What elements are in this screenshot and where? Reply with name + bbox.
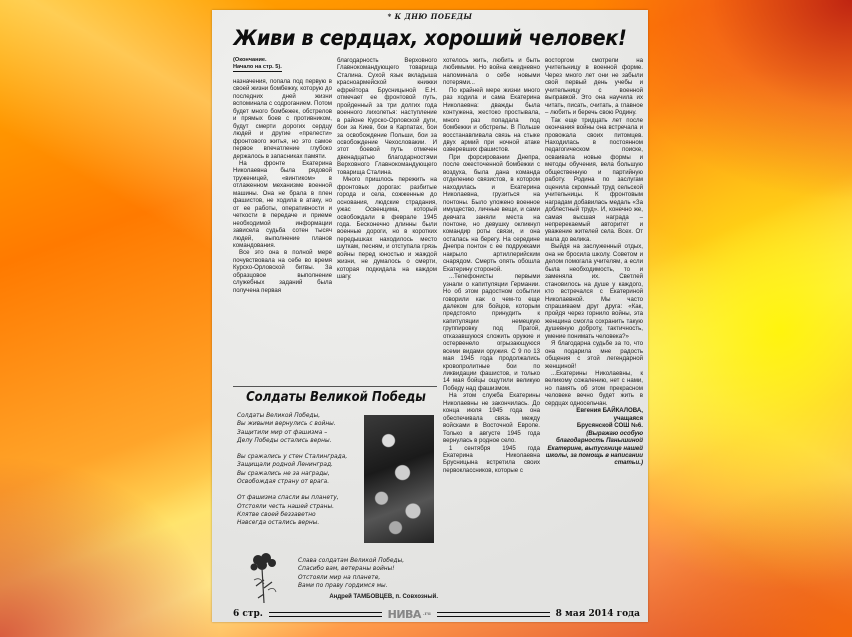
poem-author: Андрей ТАМБОВЦЕВ, п. Совхозный. — [272, 594, 438, 600]
poem-stanza: Вы сражались у стен Сталинграда, Защищал… — [237, 453, 365, 486]
article-column-1: (Окончание. Начало на стр. 5). назначени… — [233, 57, 332, 375]
footer-rule — [437, 612, 550, 617]
newspaper-logo-suffix: .ru — [423, 611, 431, 617]
signature-thanks: (Выражаю особую благодарность Панышиной … — [545, 430, 643, 467]
article-column-4: восторгом смотрели на учительницу в воен… — [545, 57, 643, 612]
paragraph: ...Телефонисты первыми узнали о капитуля… — [443, 273, 540, 392]
headline: Живи в сердцах, хороший человек! — [229, 26, 630, 50]
paragraph: По крайней мере жизни много раз ходила и… — [443, 87, 540, 154]
newspaper-logo: НИВА — [388, 608, 421, 621]
continuation-note: (Окончание. Начало на стр. 5). — [233, 57, 332, 72]
paragraph: На фронте Екатерина Николаевна была рядо… — [233, 160, 332, 249]
page-footer: 6 стр. НИВА .ru 8 мая 2014 года — [233, 608, 640, 620]
poem-title: Солдаты Великой Победы — [243, 390, 428, 405]
paragraph: ...Екатерины Николаевны, к великому сожа… — [545, 370, 643, 407]
signature-name: Евгения БАЙКАЛОВА, — [545, 407, 643, 414]
poem-stanza: От фашизма спасли вы планету, Отстояли ч… — [237, 494, 365, 527]
paragraph: Все это она в полной мере почувствовала … — [233, 249, 332, 294]
newspaper-page: * К ДНЮ ПОБЕДЫ Живи в сердцах, хороший ч… — [212, 10, 648, 622]
poem-body: Солдаты Великой Победы, Вы живыми вернул… — [237, 412, 365, 536]
section-divider — [233, 386, 437, 387]
paragraph: восторгом смотрели на учительницу в воен… — [545, 57, 643, 117]
paragraph: Я благодарна судьбе за то, что она подар… — [545, 340, 643, 370]
paragraph: 1 сентября 1945 года Екатерина Николаевн… — [443, 445, 540, 475]
paragraph: хотелось жить, любить и быть любимыми. Н… — [443, 57, 540, 87]
signature-school: Брусянской СОШ №6. — [545, 422, 643, 429]
rubric: * К ДНЮ ПОБЕДЫ — [212, 12, 648, 21]
article-column-2: благодарность Верховного Главнокомандующ… — [337, 57, 437, 388]
poem-final-stanza: Слава солдатам Великой Победы, Спасибо в… — [298, 557, 438, 590]
paragraph: Так еще тридцать лет после окончания вой… — [545, 117, 643, 244]
war-photo — [364, 415, 434, 543]
page-number: 6 стр. — [233, 609, 263, 619]
paragraph: благодарность Верховного Главнокомандующ… — [337, 57, 437, 176]
poem-stanza: Солдаты Великой Победы, Вы живыми вернул… — [237, 412, 365, 445]
footer-rule — [269, 612, 382, 617]
paragraph: При форсировании Днепра, после ожесточен… — [443, 154, 540, 273]
paragraph: назначения, попала под первую в своей жи… — [233, 78, 332, 160]
paragraph: Много пришлось пережить на фронтовых дор… — [337, 176, 437, 280]
issue-date: 8 мая 2014 года — [556, 609, 640, 619]
paragraph: Выйдя на заслуженный отдых, она не броси… — [545, 243, 643, 340]
signature-role: учащаяся — [545, 415, 643, 422]
article-column-3: хотелось жить, любить и быть любимыми. Н… — [443, 57, 540, 612]
paragraph: На этом служба Екатерины Николаевны не з… — [443, 392, 540, 444]
